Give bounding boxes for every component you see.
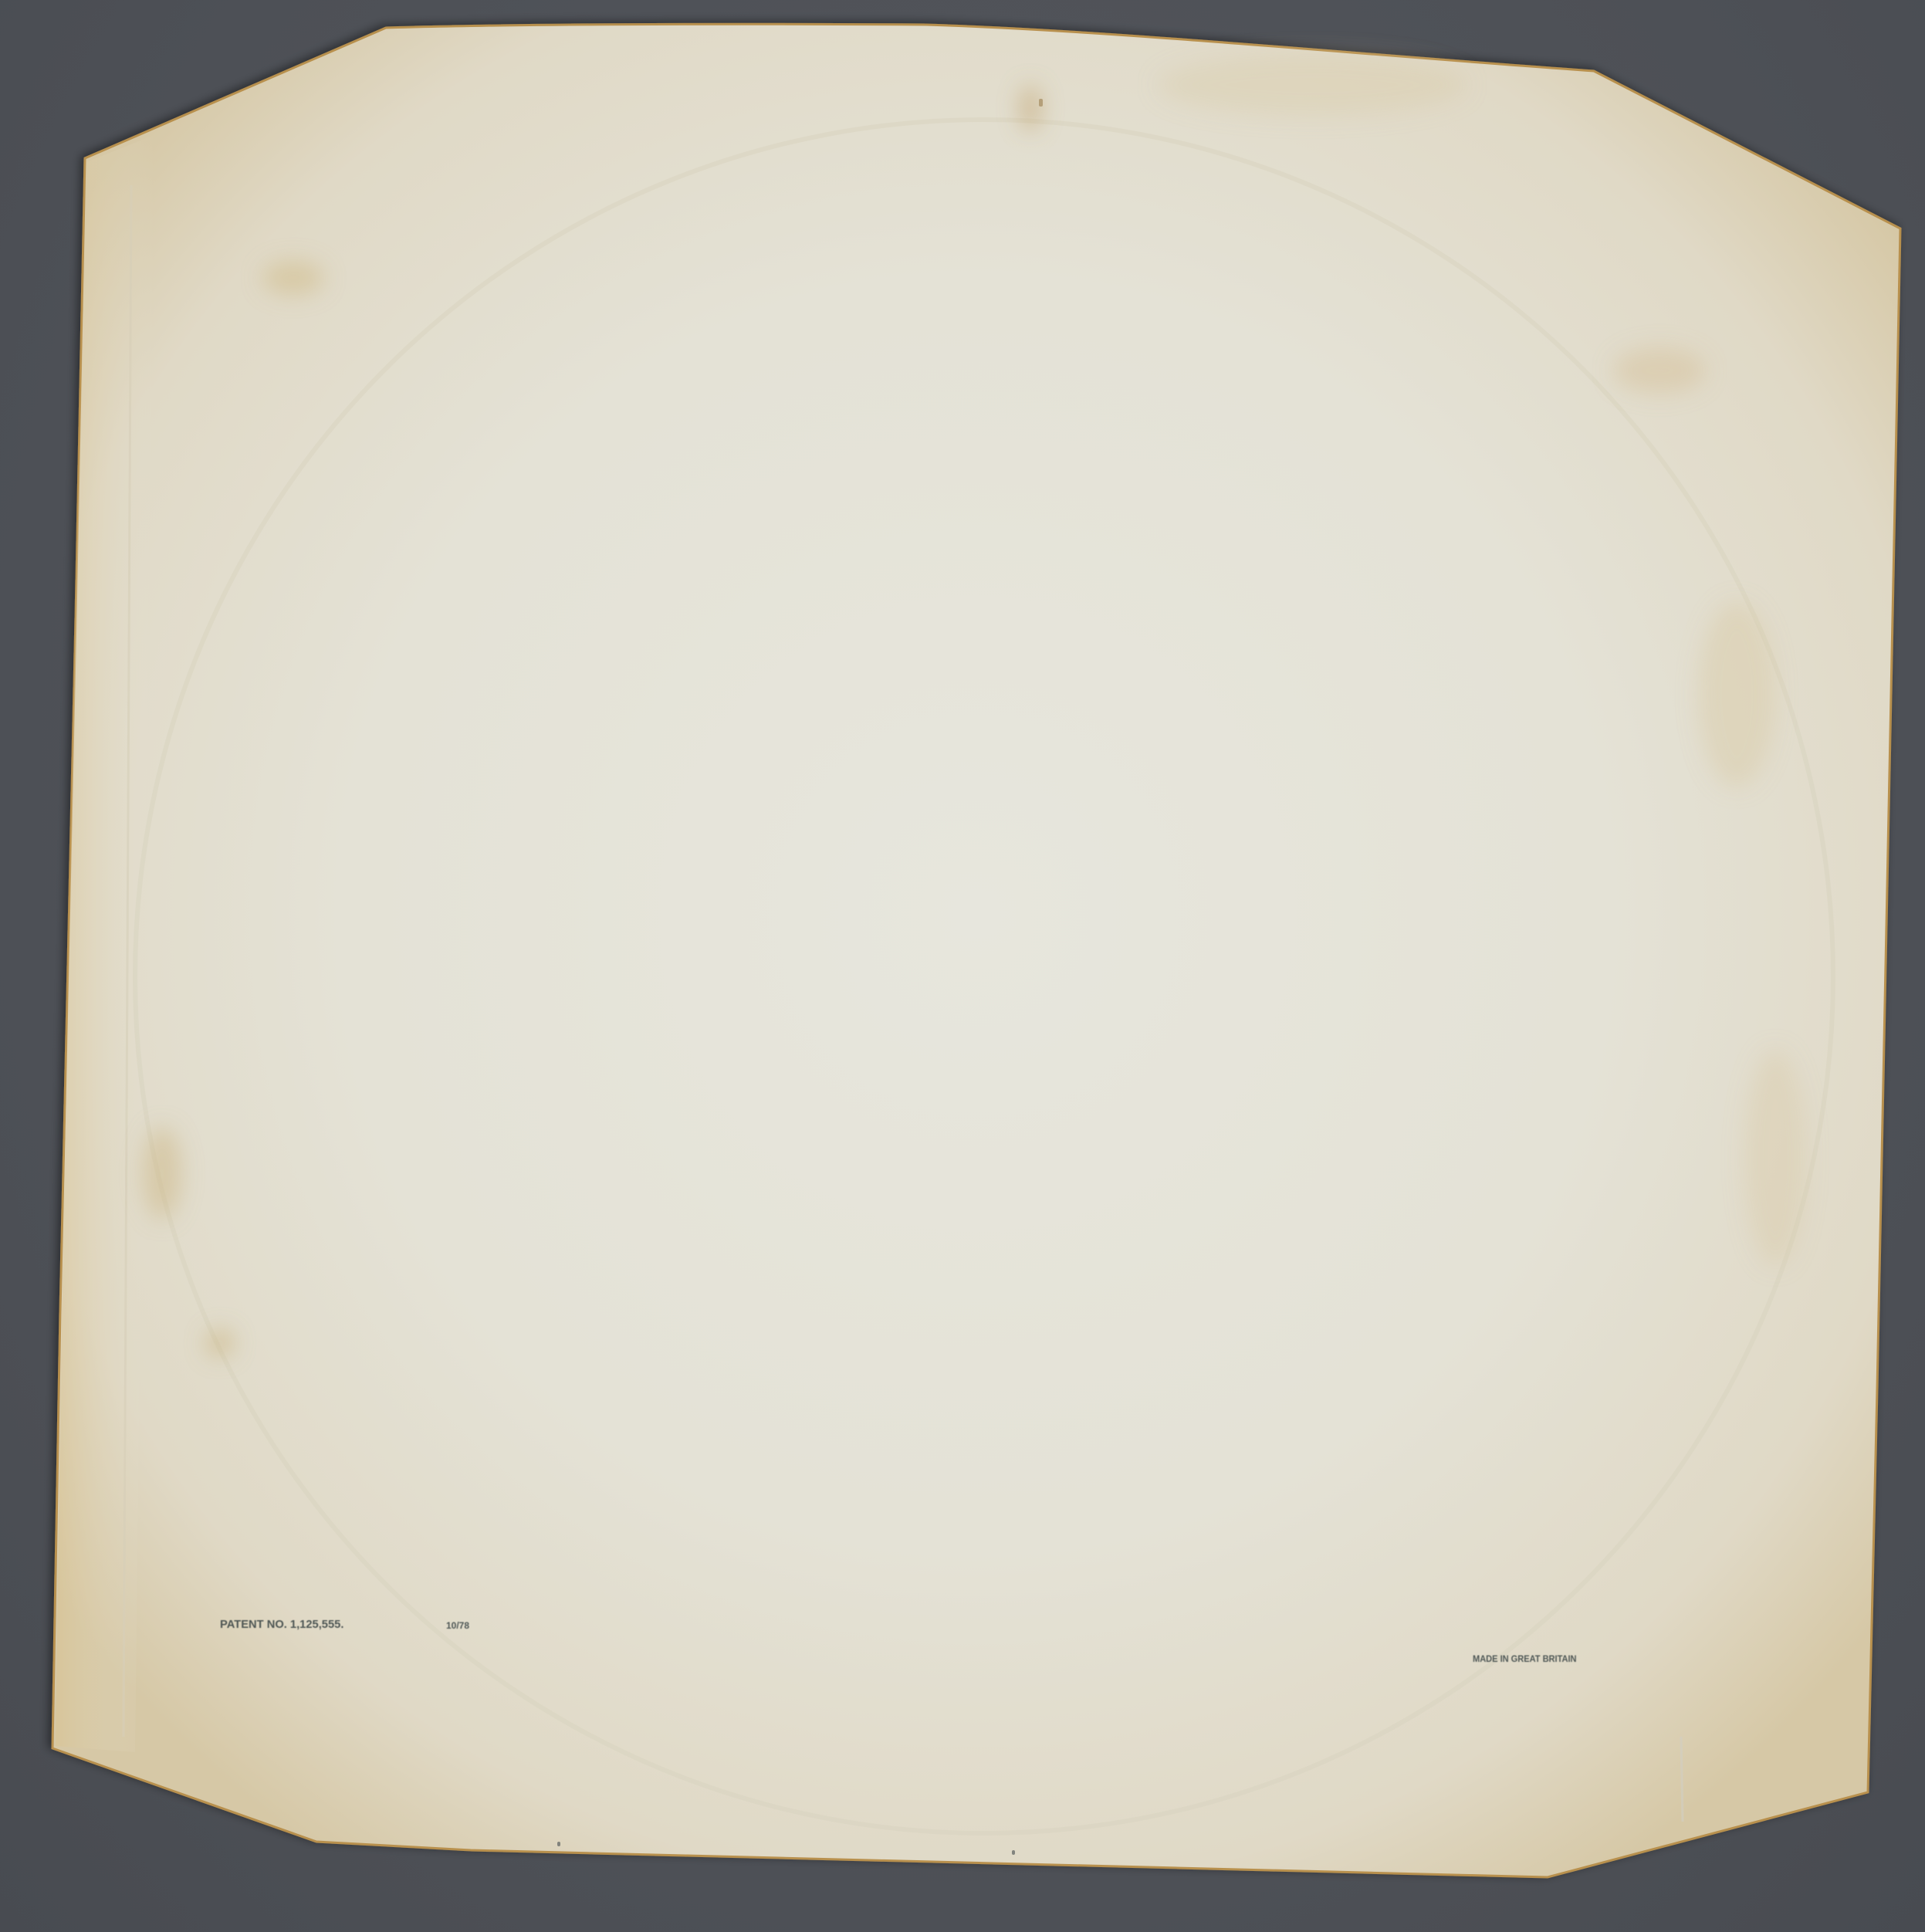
record-sleeve: [0, 0, 1925, 1932]
sleeve-paper: [52, 24, 1900, 1877]
paper-speck: [557, 1842, 560, 1846]
bottom-right-crease: [1681, 1737, 1683, 1822]
paper-speck: [1039, 99, 1043, 107]
date-code-text: 10/78: [446, 1620, 469, 1631]
patent-number-text: PATENT NO. 1,125,555.: [220, 1618, 343, 1631]
made-in-great-britain-text: MADE IN GREAT BRITAIN: [1473, 1653, 1577, 1664]
paper-speck: [1012, 1850, 1015, 1855]
